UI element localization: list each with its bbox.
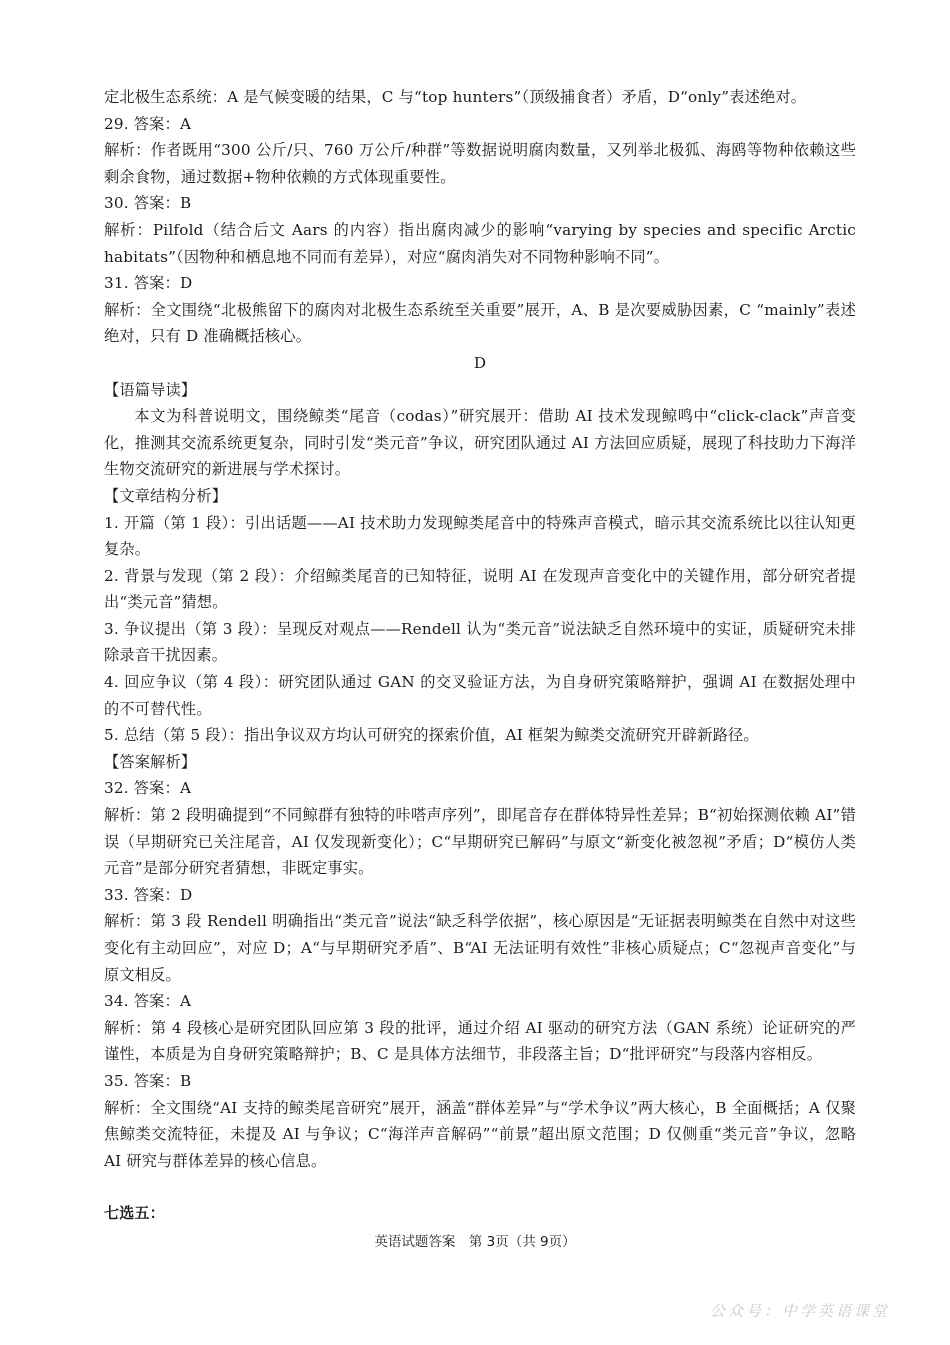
- q35-analysis: 解析：全文围绕“AI 支持的鲸类尾音研究”展开，涵盖“群体差异”与“学术争议”两…: [104, 1095, 856, 1175]
- q32-analysis: 解析：第 2 段明确提到“不同鲸群有独特的咔嗒声序列”，即尾音存在群体特异性差异…: [104, 802, 856, 882]
- watermark: 公众号：中学英语课堂: [710, 1300, 890, 1321]
- structure-item-5: 5. 总结（第 5 段）：指出争议双方均认可研究的探索价值，AI 框架为鲸类交流…: [104, 722, 856, 749]
- answers-heading: 【答案解析】: [104, 749, 856, 776]
- page-footer: 英语试题答案 第 3页（共 9页）: [0, 1230, 950, 1250]
- q31-answer: 31. 答案：D: [104, 270, 856, 297]
- q34-answer: 34. 答案：A: [104, 988, 856, 1015]
- intro-text: 本文为科普说明文，围绕鲸类“尾音（codas）”研究展开：借助 AI 技术发现鲸…: [104, 403, 856, 483]
- structure-item-3: 3. 争议提出（第 3 段）：呈现反对观点——Rendell 认为“类元音”说法…: [104, 616, 856, 669]
- structure-item-2: 2. 背景与发现（第 2 段）：介绍鲸类尾音的已知特征，说明 AI 在发现声音变…: [104, 563, 856, 616]
- q30-analysis: 解析：Pilfold（结合后文 Aars 的内容）指出腐肉减少的影响“varyi…: [104, 217, 856, 270]
- structure-heading: 【文章结构分析】: [104, 483, 856, 510]
- structure-item-1: 1. 开篇（第 1 段）：引出话题——AI 技术助力发现鲸类尾音中的特殊声音模式…: [104, 510, 856, 563]
- next-section-heading: 七选五：: [104, 1200, 856, 1227]
- q29-answer: 29. 答案：A: [104, 111, 856, 138]
- intro-heading: 【语篇导读】: [104, 377, 856, 404]
- q34-analysis: 解析：第 4 段核心是研究团队回应第 3 段的批评，通过介绍 AI 驱动的研究方…: [104, 1015, 856, 1068]
- spacer: [104, 1174, 856, 1200]
- q31-analysis: 解析：全文围绕“北极熊留下的腐肉对北极生态系统至关重要”展开，A、B 是次要威胁…: [104, 297, 856, 350]
- document-page: 定北极生态系统：A 是气候变暖的结果，C 与“top hunters”（顶级捕食…: [104, 84, 856, 1227]
- structure-item-4: 4. 回应争议（第 4 段）：研究团队通过 GAN 的交叉验证方法，为自身研究策…: [104, 669, 856, 722]
- section-d-label: D: [104, 350, 856, 377]
- q33-answer: 33. 答案：D: [104, 882, 856, 909]
- q29-analysis: 解析：作者既用“300 公斤/只、760 万公斤/种群”等数据说明腐肉数量，又列…: [104, 137, 856, 190]
- continuation-text: 定北极生态系统：A 是气候变暖的结果，C 与“top hunters”（顶级捕食…: [104, 84, 856, 111]
- q32-answer: 32. 答案：A: [104, 775, 856, 802]
- q30-answer: 30. 答案：B: [104, 190, 856, 217]
- q33-analysis: 解析：第 3 段 Rendell 明确指出“类元音”说法“缺乏科学依据”，核心原…: [104, 908, 856, 988]
- q35-answer: 35. 答案：B: [104, 1068, 856, 1095]
